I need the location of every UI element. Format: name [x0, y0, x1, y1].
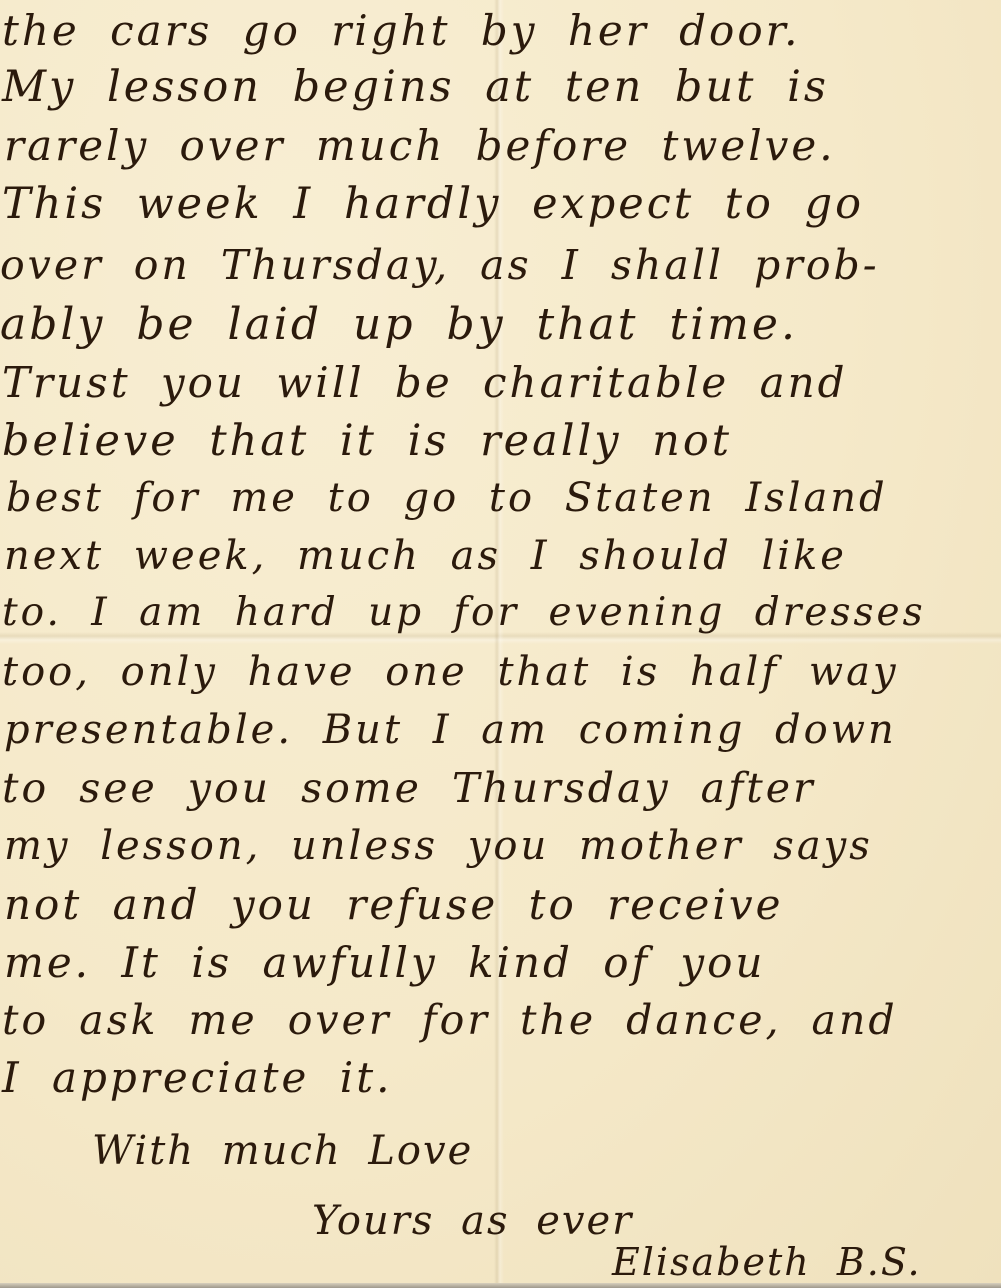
letter-line-17: me. It is awfully kind of you — [4, 942, 765, 984]
letter-line-9: best for me to go to Staten Island — [6, 478, 888, 518]
letter-line-19: I appreciate it. — [2, 1057, 392, 1099]
letter-line-7: Trust you will be charitable and — [2, 362, 848, 404]
letter-line-16: not and you refuse to receive — [4, 884, 783, 926]
letter-page: the cars go right by her door. My lesson… — [0, 0, 1001, 1288]
letter-line-1: the cars go right by her door. — [2, 10, 800, 52]
letter-line-4: This week I hardly expect to go — [2, 183, 864, 226]
salutation: With much Love — [92, 1128, 473, 1174]
letter-line-3: rarely over much before twelve. — [4, 125, 836, 167]
letter-line-8: believe that it is really not — [2, 420, 732, 463]
letter-line-6: ably be laid up by that time. — [0, 303, 798, 347]
letter-line-10: next week, much as I should like — [4, 536, 847, 576]
letter-line-14: to see you some Thursday after — [2, 768, 816, 809]
letter-line-5: over on Thursday, as I shall prob- — [0, 245, 880, 286]
letter-line-2: My lesson begins at ten but is — [2, 66, 829, 109]
signature: Elisabeth B.S. — [612, 1240, 922, 1284]
letter-line-12: too, only have one that is half way — [2, 652, 899, 692]
letter-line-18: to ask me over for the dance, and — [2, 1000, 898, 1041]
letter-line-11: to. I am hard up for evening dresses — [2, 593, 926, 632]
letter-line-15: my lesson, unless you mother says — [4, 826, 873, 866]
letter-line-13: presentable. But I am coming down — [4, 710, 897, 750]
valediction: Yours as ever — [312, 1198, 633, 1244]
